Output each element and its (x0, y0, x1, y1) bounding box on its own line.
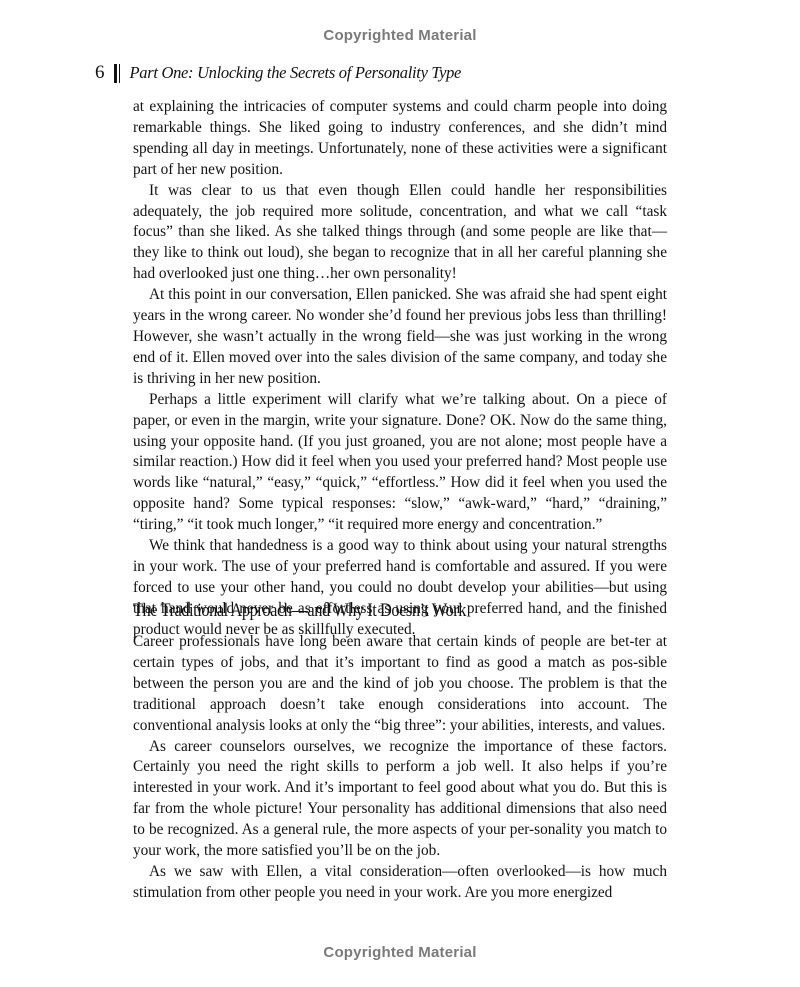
body-text-section-1: at explaining the intricacies of compute… (133, 97, 667, 641)
paragraph: We think that handedness is a good way t… (133, 536, 667, 641)
paragraph: Perhaps a little experiment will clarify… (133, 390, 667, 536)
paragraph: at explaining the intricacies of compute… (133, 97, 667, 181)
running-head-title: Part One: Unlocking the Secrets of Perso… (130, 62, 462, 84)
copyright-watermark-top: Copyrighted Material (0, 27, 800, 44)
double-bar-divider-icon (114, 64, 120, 83)
section-heading: The Traditional Approach—and Why It Does… (133, 600, 466, 622)
page-number: 6 (95, 62, 105, 84)
body-text-section-2: Career professionals have long been awar… (133, 632, 667, 904)
paragraph: Career professionals have long been awar… (133, 632, 667, 737)
paragraph: As we saw with Ellen, a vital considerat… (133, 862, 667, 904)
paragraph: At this point in our conversation, Ellen… (133, 285, 667, 390)
paragraph: As career counselors ourselves, we recog… (133, 737, 667, 862)
paragraph: It was clear to us that even though Elle… (133, 181, 667, 286)
copyright-watermark-bottom: Copyrighted Material (0, 944, 800, 961)
running-head: 6 Part One: Unlocking the Secrets of Per… (95, 62, 461, 84)
